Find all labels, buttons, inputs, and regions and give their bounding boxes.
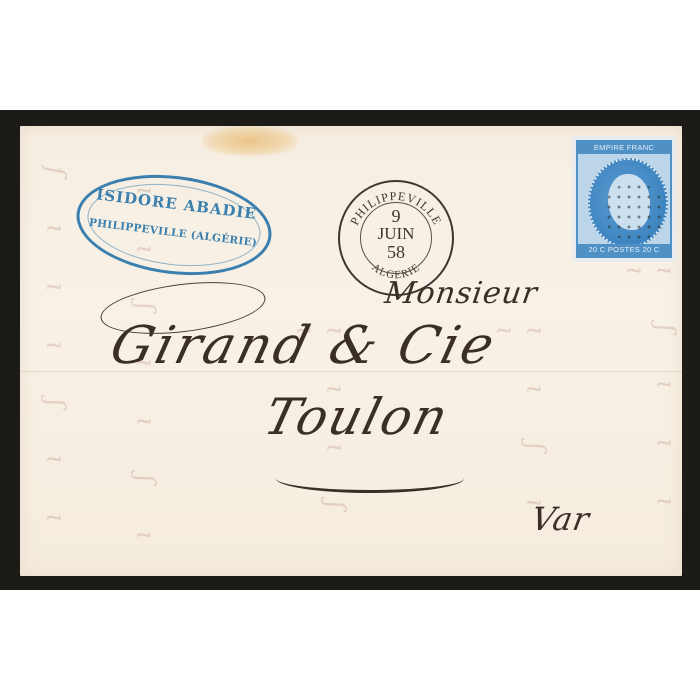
- cachet-town: PHILIPPEVILLE (ALGÉRIE): [78, 215, 268, 250]
- cachet-name: ISIDORE ABADIE: [81, 184, 272, 225]
- stamp-top-label: EMPIRE FRANC: [578, 142, 670, 154]
- postmark-year: 58: [340, 242, 452, 263]
- bleed-through-script: ɩ ɩ ʃ ɩ ɩ: [490, 326, 550, 576]
- postage-stamp: EMPIRE FRANC 20 C POSTES 20 C: [572, 136, 676, 262]
- dotted-cancel-icon: [604, 182, 664, 242]
- bleed-through-script: ſ ɩ ɩ ɩ ʃ ɩ ɩ: [40, 166, 70, 543]
- addressee-text: Girand & Cie: [105, 316, 503, 376]
- letter-cover: ſ ɩ ɩ ɩ ʃ ɩ ɩ ɩ ɩ ʃ ɩ ɩ ʃ ɩ ɩ ɩ ɩ ʃ ɩ ɩ …: [20, 126, 682, 576]
- department-text: Var: [529, 500, 593, 538]
- stamp-portrait-medallion: [588, 158, 668, 248]
- salutation-text: Monsieur: [383, 276, 540, 311]
- stamp-value-label: 20 C POSTES 20 C: [578, 244, 670, 256]
- stamp-frame: EMPIRE FRANC 20 C POSTES 20 C: [576, 140, 672, 258]
- paper-stain: [202, 126, 298, 156]
- sender-cachet: ISIDORE ABADIE PHILIPPEVILLE (ALGÉRIE): [71, 164, 277, 285]
- city-underline: [276, 464, 464, 493]
- postmark-month: JUIN: [340, 224, 452, 244]
- bleed-through-script: ɩ ʃ ɩ ɩ ɩ ɩ: [620, 266, 680, 576]
- city-text: Toulon: [259, 388, 456, 446]
